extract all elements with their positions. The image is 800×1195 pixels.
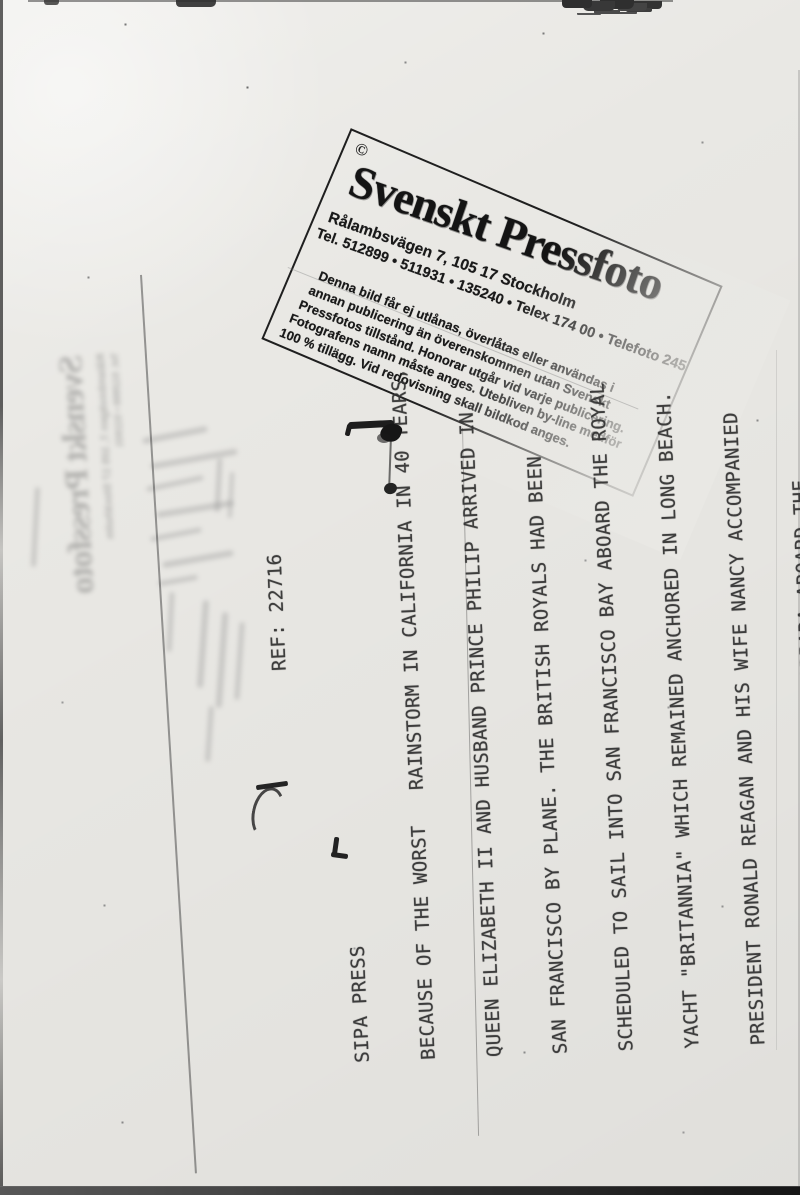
press-photo-back-scan: Svenskt Pressfoto Rålambsvägen 7, 105 17… bbox=[0, 0, 800, 1195]
ghost-streak bbox=[31, 487, 40, 567]
agency-line: SIPA PRESS bbox=[321, 363, 374, 1063]
dust-speckles bbox=[0, 0, 1, 1]
ghost-streak bbox=[166, 592, 174, 652]
caption-text-line: BECAUSE OF THE WORST RAINSTORM IN CALIFO… bbox=[387, 360, 440, 1060]
caption-text-line: SCHEDULED TO SAIL INTO SAN FRANCISCO BAY… bbox=[585, 351, 638, 1051]
ink-smudge-top-small bbox=[44, 0, 59, 5]
ghost-streak bbox=[146, 475, 204, 492]
ghost-streak bbox=[158, 575, 198, 587]
caption-text-line: QUEEN ELIZABETH II AND HUSBAND PRINCE PH… bbox=[453, 357, 506, 1057]
caption-text-line: YACHT "BRITANNIA" WHICH REMAINED ANCHORE… bbox=[651, 349, 704, 1049]
caption-text-line: THE BRITISH ROYALS FROM SANTA BARBARA AB… bbox=[783, 343, 800, 1043]
ink-smudge-top-left bbox=[176, 0, 216, 7]
ghost-stamp: Svenskt Pressfoto Rålambsvägen 7, 105 17… bbox=[52, 352, 138, 685]
ref-number-line: REF: 22716 bbox=[255, 366, 308, 1066]
ghost-streak bbox=[205, 706, 214, 762]
caption-paper-edge-left bbox=[140, 275, 196, 1173]
scan-edge-bottom bbox=[0, 1186, 800, 1195]
caption-text-line: SAN FRANCISCO BY PLANE. THE BRITISH ROYA… bbox=[519, 354, 572, 1054]
caption-text-line: PRESIDENT RONALD REAGAN AND HIS WIFE NAN… bbox=[717, 346, 770, 1046]
ghost-streak bbox=[150, 527, 202, 542]
scan-edge-left bbox=[0, 0, 3, 1195]
ghost-streak bbox=[142, 426, 208, 444]
ink-smudge-top-right bbox=[562, 0, 592, 8]
ghost-streak bbox=[197, 600, 209, 688]
typed-caption: REF: 22716 SIPA PRESS BECAUSE OF THE WOR… bbox=[211, 335, 800, 1068]
